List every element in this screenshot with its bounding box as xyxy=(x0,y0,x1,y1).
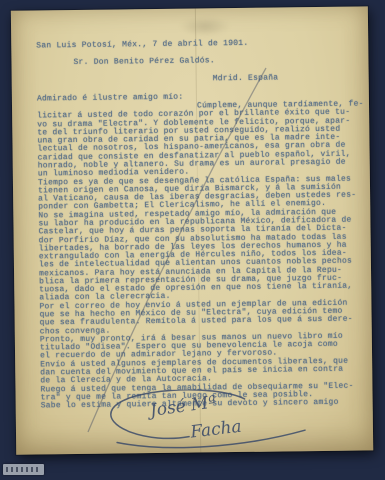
letter-paper: San Luis Potosí, Méx., 7 de abril de 190… xyxy=(11,6,373,454)
catalog-label-marks xyxy=(6,467,41,472)
place-line: Mdrid. España xyxy=(213,74,357,84)
dateline: San Luis Potosí, Méx., 7 de abril de 190… xyxy=(36,39,356,51)
signature-name-part1: José Mª xyxy=(146,392,218,421)
letter-content: San Luis Potosí, Méx., 7 de abril de 190… xyxy=(11,6,373,454)
addressee-line: Sr. Don Benito Pérez Galdós. xyxy=(73,56,356,67)
catalog-label xyxy=(3,464,44,475)
handwritten-signature: José Mª Facha xyxy=(94,388,313,455)
signature-name-part2: Facha xyxy=(188,417,242,443)
letter-body: Cúmpleme, aunque tardíamente, fe-licitar… xyxy=(37,101,361,411)
